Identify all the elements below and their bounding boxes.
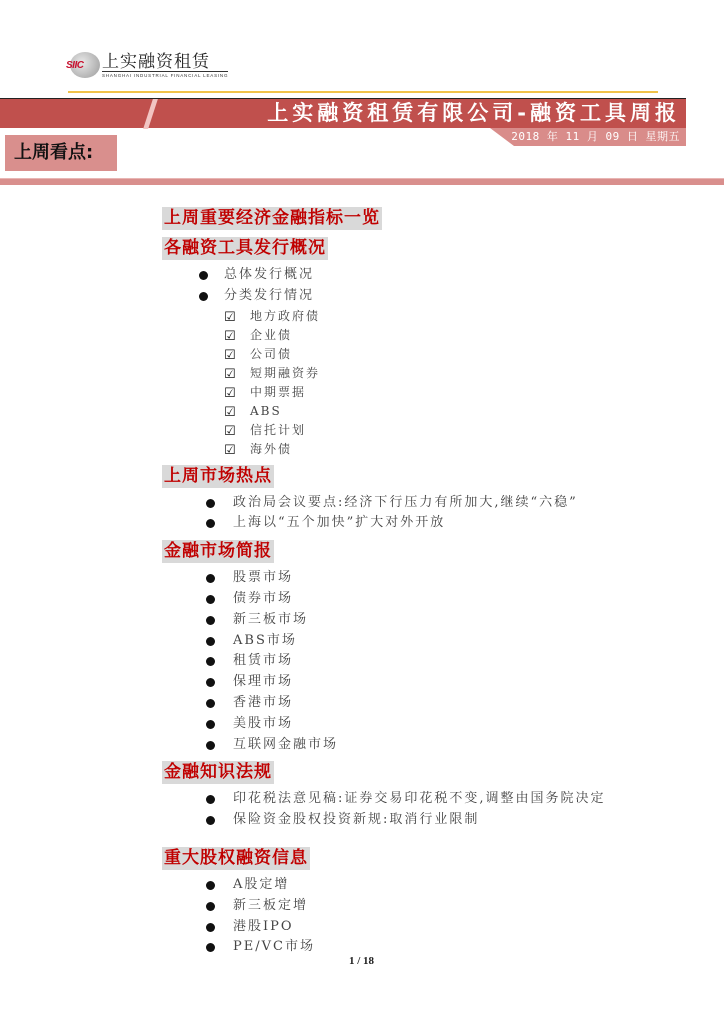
bullet-icon bbox=[206, 720, 215, 729]
bullet-icon bbox=[206, 816, 215, 825]
sub-list-item: ☑海外债 bbox=[162, 440, 642, 459]
list-item: 股票市场 bbox=[162, 568, 642, 589]
section-heading: 上周市场热点 bbox=[162, 465, 274, 488]
list-item: 政治局会议要点:经济下行压力有所加大,继续“六稳” bbox=[162, 493, 642, 514]
gold-divider bbox=[68, 91, 658, 93]
list-item: 港股IPO bbox=[162, 917, 642, 938]
list-item: 香港市场 bbox=[162, 693, 642, 714]
bullet-icon bbox=[206, 902, 215, 911]
sub-list-item: ☑公司债 bbox=[162, 345, 642, 364]
sub-list-item: ☑地方政府债 bbox=[162, 307, 642, 326]
list-item: 总体发行概况 bbox=[162, 265, 642, 286]
report-title: 上实融资租赁有限公司-融资工具周报 bbox=[267, 99, 680, 128]
bullet-icon bbox=[206, 637, 215, 646]
company-logo: SIIC 上实融资租赁 SHANGHAI INDUSTRIAL FINANCIA… bbox=[70, 50, 228, 80]
bullet-icon bbox=[206, 595, 215, 604]
report-date: 2018 年 11 月 09 日 星期五 bbox=[511, 128, 680, 146]
checkbox-icon: ☑ bbox=[224, 403, 236, 422]
checkbox-icon: ☑ bbox=[224, 308, 236, 327]
sub-list-item: ☑中期票据 bbox=[162, 383, 642, 402]
checkbox-icon: ☑ bbox=[224, 441, 236, 460]
list-item: 分类发行情况 bbox=[162, 286, 642, 307]
bullet-icon bbox=[199, 292, 208, 301]
list-item: 美股市场 bbox=[162, 714, 642, 735]
logo-name-en: SHANGHAI INDUSTRIAL FINANCIAL LEASING bbox=[102, 71, 228, 78]
bullet-icon bbox=[206, 616, 215, 625]
section-heading: 各融资工具发行概况 bbox=[162, 237, 328, 260]
toc-content: 上周重要经济金融指标一览 各融资工具发行概况 总体发行概况 分类发行情况 ☑地方… bbox=[162, 205, 642, 958]
bullet-icon bbox=[206, 574, 215, 583]
section-label: 上周看点: bbox=[14, 135, 93, 171]
bullet-icon bbox=[206, 943, 215, 952]
bullet-icon bbox=[206, 657, 215, 666]
list-item: 印花税法意见稿:证券交易印花税不变,调整由国务院决定 bbox=[162, 789, 642, 810]
list-item: A股定增 bbox=[162, 875, 642, 896]
list-item: 互联网金融市场 bbox=[162, 735, 642, 756]
list-item: 债券市场 bbox=[162, 589, 642, 610]
list-item: 保险资金股权投资新规:取消行业限制 bbox=[162, 810, 642, 831]
bullet-icon bbox=[206, 499, 215, 508]
list-item: 新三板定增 bbox=[162, 896, 642, 917]
sub-list-item: ☑信托计划 bbox=[162, 421, 642, 440]
list-item: PE/VC市场 bbox=[162, 937, 642, 958]
list-item: ABS市场 bbox=[162, 631, 642, 652]
sub-list-item: ☑ABS bbox=[162, 402, 642, 421]
section-heading: 重大股权融资信息 bbox=[162, 847, 310, 870]
bullet-icon bbox=[206, 699, 215, 708]
bullet-icon bbox=[206, 678, 215, 687]
bullet-icon bbox=[206, 519, 215, 528]
bullet-icon bbox=[206, 881, 215, 890]
section-heading: 金融市场简报 bbox=[162, 540, 274, 563]
sub-list-item: ☑企业债 bbox=[162, 326, 642, 345]
section-heading: 上周重要经济金融指标一览 bbox=[162, 207, 382, 230]
list-item: 保理市场 bbox=[162, 672, 642, 693]
bullet-icon bbox=[199, 271, 208, 280]
checkbox-icon: ☑ bbox=[224, 365, 236, 384]
checkbox-icon: ☑ bbox=[224, 422, 236, 441]
bullet-icon bbox=[206, 923, 215, 932]
page-number: 1 / 18 bbox=[349, 955, 374, 967]
list-item: 新三板市场 bbox=[162, 610, 642, 631]
bullet-icon bbox=[206, 741, 215, 750]
checkbox-icon: ☑ bbox=[224, 346, 236, 365]
section-heading: 金融知识法规 bbox=[162, 761, 274, 784]
list-item: 租赁市场 bbox=[162, 651, 642, 672]
pink-divider bbox=[0, 178, 724, 185]
sub-list-item: ☑短期融资券 bbox=[162, 364, 642, 383]
siic-logo-icon: SIIC bbox=[70, 52, 100, 78]
logo-name-cn: 上实融资租赁 bbox=[102, 53, 228, 71]
checkbox-icon: ☑ bbox=[224, 327, 236, 346]
checkbox-icon: ☑ bbox=[224, 384, 236, 403]
bullet-icon bbox=[206, 795, 215, 804]
list-item: 上海以“五个加快”扩大对外开放 bbox=[162, 513, 642, 534]
